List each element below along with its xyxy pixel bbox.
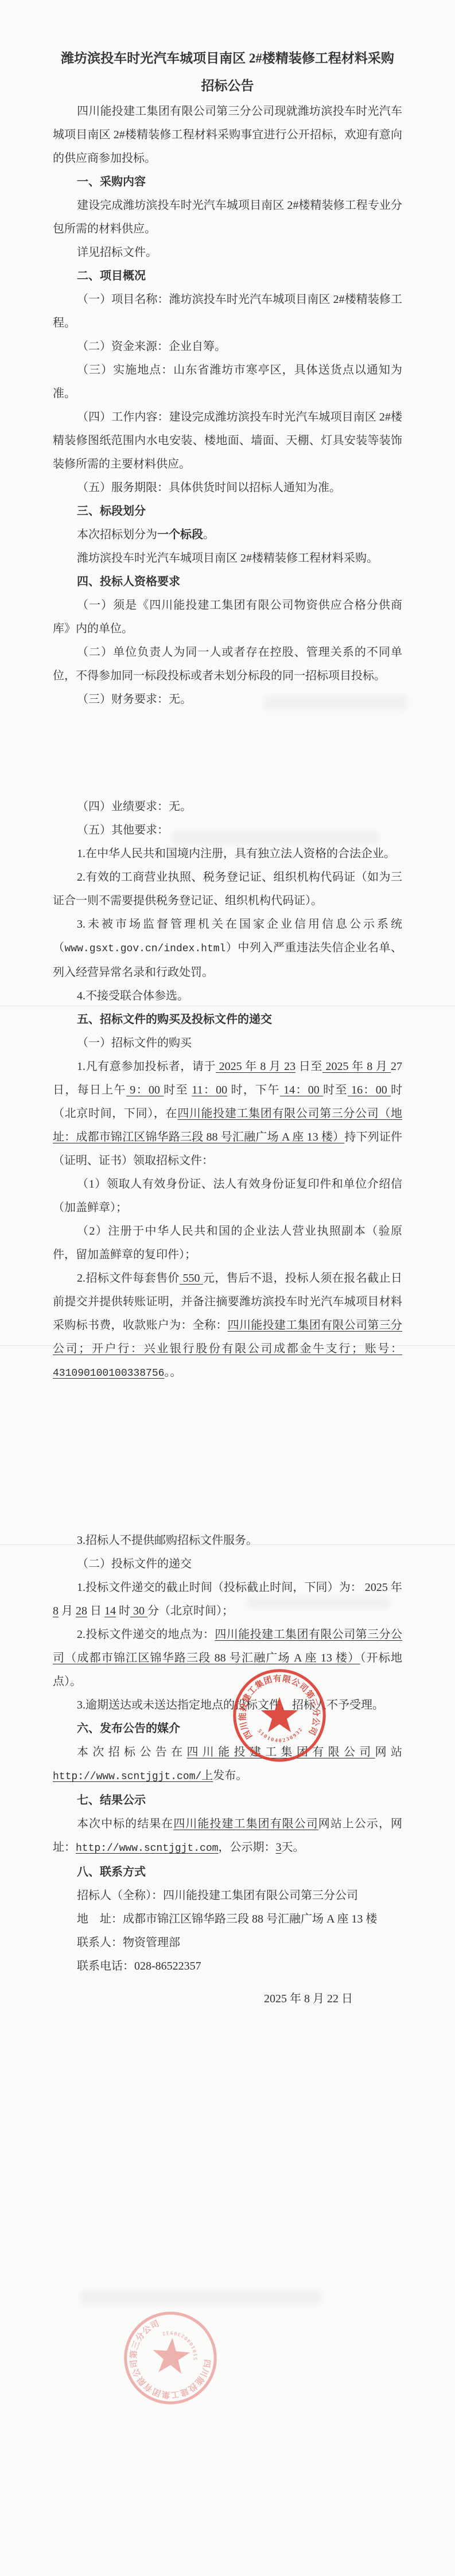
section-5-heading: 五、招标文件的购买及投标文件的递交: [53, 1008, 402, 1032]
underlined-text: http://www.scntjgjt.com: [76, 1843, 218, 1854]
section-7-heading: 七、结果公示: [53, 1789, 402, 1812]
text-run: 天。: [281, 1841, 304, 1854]
text-run: 时至: [323, 1084, 348, 1096]
text-run: （二）资金来源：企业自筹。: [77, 340, 226, 353]
paragraph: （四）业绩要求：无。: [53, 795, 402, 819]
underlined-text: 8: [53, 1605, 59, 1617]
paragraph: （一）项目名称：潍坊滨投车时光汽车城项目南区 2#楼精装修工程。: [53, 288, 402, 335]
paragraph: 本次招标公告在四川能投建工集团有限公司网站 http://www.scntjgj…: [53, 1741, 402, 1789]
section-4-heading: 四、投标人资格要求: [53, 570, 402, 594]
text-run: 。: [203, 528, 215, 541]
paragraph: （五）服务期限：具体供货时间以招标人通知为准。: [53, 476, 402, 500]
paragraph: 1.凡有意参加投标者，请于 2025 年 8 月 23 日至 2025 年 8 …: [53, 1055, 402, 1173]
scan-bleedthrough-smudge: [172, 831, 379, 845]
text-run: 网站: [375, 1746, 402, 1758]
text-run: 六、发布公告的媒介: [77, 1722, 180, 1735]
underlined-text: 3: [275, 1841, 281, 1854]
text-run: 联系电话：028-86522357: [77, 1960, 201, 1972]
contact-phone: 联系电话：028-86522357: [53, 1955, 402, 1978]
page-break-gap: [53, 711, 402, 795]
scan-bleedthrough-smudge: [80, 2290, 321, 2305]
text-run: （五）其他要求：: [77, 824, 169, 836]
underlined-text: 上: [201, 1769, 213, 1782]
page-title-line2: 招标公告: [53, 72, 402, 100]
paragraph: 2.投标文件递交的地点为：四川能投建工集团有限公司第三分公司（成都市锦江区锦华路…: [53, 1623, 402, 1694]
scan-artifact-line: [0, 1544, 455, 1545]
text-run: 一个标段: [157, 528, 203, 541]
text-run: 本次招标划分为: [77, 528, 157, 541]
text-run: 2025 年 8 月 22 日: [264, 1993, 353, 2005]
underlined-text: 9：00: [126, 1084, 164, 1096]
underlined-text: 14：00: [280, 1084, 323, 1096]
text-run: 本次中标的结果在: [77, 1818, 173, 1830]
tenderer-name: 招标人（全称）：四川能投建工集团有限公司第三分公司: [53, 1884, 402, 1908]
text-run: 地 址：成都市锦江区锦华路三段 88 号汇融广场 A 座 13 楼: [77, 1913, 377, 1925]
text-run: 四川能投建工集团有限公司第三分公司现就潍坊滨投车时光汽车城项目南区 2#楼精装修…: [53, 105, 402, 165]
text-run: 潍坊滨投车时光汽车城项目南区 2#楼精装修工程材料采购。: [77, 552, 378, 565]
seal-graphic: 四川能投建工集团有限公司第三分公司 5101040230932: [231, 1667, 328, 1764]
text-run: 招标公告: [201, 79, 254, 93]
text-run: 八、联系方式: [77, 1866, 146, 1878]
paragraph: （2）注册于中华人民共和国的企业法人营业执照副本（验原件，留加盖鲜章的复印件）；: [53, 1220, 402, 1267]
text-run: （一）须是《四川能投建工集团有限公司物资供应合格分供商库》内的单位。: [53, 599, 402, 635]
text-run: 五、招标文件的购买及投标文件的递交: [77, 1013, 272, 1026]
underlined-text: 2025 年 8 月: [322, 1060, 391, 1073]
text-run: 时至: [164, 1084, 192, 1096]
scan-artifact-line: [0, 1345, 455, 1346]
scan-artifact-line: [0, 1006, 455, 1006]
text-run: 发布。: [213, 1769, 247, 1782]
text-run: 本次招标公告在: [77, 1746, 186, 1758]
svg-text:5101040230932: 5101040230932: [256, 1726, 305, 1744]
paragraph: 潍坊滨投车时光汽车城项目南区 2#楼精装修工程材料采购。: [53, 547, 402, 570]
seal-code-number: 5101040230932: [256, 1726, 305, 1744]
scan-bleedthrough-smudge: [247, 1596, 390, 1609]
text-run: 。。: [164, 1366, 181, 1379]
text-run: （三）实施地点：山东省潍坊市寒亭区，具体送货点以通知为准。: [53, 364, 402, 400]
faded-seal-stamp: 四川能投建工集团有限公司第三分公司 5101040230932: [102, 2289, 239, 2427]
paragraph: 2.有效的工商营业执照、税务登记证、组织机构代码证（如为三证合一则不需要提供税务…: [53, 866, 402, 913]
underlined-text: 11：00: [192, 1084, 227, 1096]
underlined-text: 30: [130, 1605, 147, 1617]
paragraph: 4.不接受联合体参选。: [53, 985, 402, 1008]
paragraph: 3.逾期送达或未送达指定地点的投标文件，招标人不予受理。: [53, 1694, 402, 1717]
underlined-text: 16：00: [348, 1084, 391, 1096]
paragraph: 1.在中华人民共和国境内注册，具有独立法人资格的合法企业。: [53, 842, 402, 866]
text-run: 1.在中华人民共和国境内注册，具有独立法人资格的合法企业。: [77, 847, 395, 860]
intro-paragraph: 四川能投建工集团有限公司第三分公司现就潍坊滨投车时光汽车城项目南区 2#楼精装修…: [53, 100, 402, 170]
page-title-line1: 潍坊滨投车时光汽车城项目南区 2#楼精装修工程材料采购: [53, 45, 402, 72]
underlined-text: 431090100100338756: [53, 1368, 164, 1379]
paragraph: 2.招标文件每套售价 550 元，售后不退，投标人须在报名截止日前提交并提供转账…: [53, 1267, 402, 1386]
text-run: 2.有效的工商营业执照、税务登记证、组织机构代码证（如为三证合一则不需要提供税务…: [53, 871, 402, 907]
text-run: 详见招标文件。: [77, 246, 157, 259]
text-run: 四、投标人资格要求: [77, 575, 180, 588]
paragraph: 3.未被市场监督管理机关在国家企业信用信息公示系统（www.gsxt.gov.c…: [53, 913, 402, 985]
text-run: 二、项目概况: [77, 270, 146, 282]
text-run: （三）财务要求：无。: [77, 693, 192, 706]
text-run: 日至: [295, 1060, 322, 1073]
underlined-text: 四川能投建工集团有限公司: [173, 1818, 318, 1830]
paragraph: （二）投标文件的递交: [53, 1552, 402, 1576]
text-run: 建设完成潍坊滨投车时光汽车城项目南区 2#楼精装修工程专业分包所需的材料供应。: [53, 199, 402, 235]
page-break-gap: [53, 1386, 402, 1529]
tenderer-address: 地 址：成都市锦江区锦华路三段 88 号汇融广场 A 座 13 楼: [53, 1908, 402, 1931]
scanned-document-page: 潍坊滨投车时光汽车城项目南区 2#楼精装修工程材料采购招标公告四川能投建工集团有…: [0, 0, 455, 2576]
text-run: （2）注册于中华人民共和国的企业法人营业执照副本（验原件，留加盖鲜章的复印件）；: [53, 1225, 402, 1261]
text-run: 潍坊滨投车时光汽车城项目南区 2#楼精装修工程材料采购: [61, 51, 394, 65]
section-2-heading: 二、项目概况: [53, 264, 402, 288]
text-run: 2.招标文件每套售价: [77, 1272, 180, 1285]
text-run: www.gsxt.gov.cn/index.html: [65, 943, 226, 955]
paragraph: （一）须是《四川能投建工集团有限公司物资供应合格分供商库》内的单位。: [53, 594, 402, 641]
paragraph: （1）领取人有效身份证、法人有效身份证复印件和单位介绍信（加盖鲜章）；: [53, 1173, 402, 1220]
text-run: 一、采购内容: [77, 176, 146, 188]
section-8-heading: 八、联系方式: [53, 1861, 402, 1884]
underlined-text: 28: [76, 1605, 87, 1617]
text-run: （一）项目名称：潍坊滨投车时光汽车城项目南区 2#楼精装修工程。: [53, 293, 402, 329]
paragraph: （三）实施地点：山东省潍坊市寒亭区，具体送货点以通知为准。: [53, 359, 402, 406]
underlined-text: 23: [284, 1060, 295, 1073]
text-run: （1）领取人有效身份证、法人有效身份证复印件和单位介绍信（加盖鲜章）；: [53, 1178, 402, 1214]
text-run: 招标人（全称）：四川能投建工集团有限公司第三分公司: [77, 1889, 358, 1902]
text-run: 时，下午: [227, 1084, 280, 1096]
underlined-text: 14: [104, 1605, 116, 1617]
text-run: （一）招标文件的购买: [77, 1037, 192, 1049]
section-3-heading: 三、标段划分: [53, 500, 402, 523]
announcement-date: 2025 年 8 月 22 日: [53, 1987, 402, 2011]
text-run: 1.凡有意参加投标者，请于: [77, 1060, 216, 1073]
company-seal-stamp: 四川能投建工集团有限公司第三分公司 5101040230932: [231, 1667, 328, 1764]
text-run: 联系人：物资管理部: [77, 1936, 180, 1949]
text-run: 月: [59, 1605, 76, 1617]
paragraph: （一）招标文件的购买: [53, 1032, 402, 1055]
text-run: 三、标段划分: [77, 505, 146, 517]
text-run: 分（北京时间）；: [147, 1605, 234, 1617]
text-run: 2.投标文件递交的地点为：: [77, 1628, 215, 1641]
text-run: （二）投标文件的递交: [77, 1558, 192, 1570]
paragraph: 本次中标的结果在四川能投建工集团有限公司网站上公示，网址：http://www.…: [53, 1812, 402, 1861]
scan-bleedthrough-smudge: [264, 695, 407, 710]
underlined-text: 550: [180, 1272, 203, 1285]
underlined-text: http://www.scntjgjt.com/: [53, 1771, 201, 1783]
paragraph: （四）工作内容：建设完成潍坊滨投车时光汽车城项目南区 2#楼精装修图纸范围内水电…: [53, 406, 402, 476]
contact-person: 联系人：物资管理部: [53, 1931, 402, 1955]
seal-graphic: 四川能投建工集团有限公司第三分公司 5101040230932: [102, 2289, 239, 2427]
paragraph: 详见招标文件。: [53, 241, 402, 264]
paragraph: 本次招标划分为一个标段。: [53, 523, 402, 547]
text-run: （二）单位负责人为同一人或者存在控股、管理关系的不同单位，不得参加同一标段投标或…: [53, 646, 402, 682]
text-run: 七、结果公示: [77, 1794, 146, 1807]
paragraph: （二）单位负责人为同一人或者存在控股、管理关系的不同单位，不得参加同一标段投标或…: [53, 641, 402, 688]
paragraph: 建设完成潍坊滨投车时光汽车城项目南区 2#楼精装修工程专业分包所需的材料供应。: [53, 194, 402, 241]
text-run: （四）工作内容：建设完成潍坊滨投车时光汽车城项目南区 2#楼精装修图纸范围内水电…: [53, 411, 402, 470]
seal-star-icon: [261, 1697, 298, 1733]
section-1-heading: 一、采购内容: [53, 170, 402, 194]
text-run: （四）业绩要求：无。: [77, 800, 192, 813]
text-run: 4.不接受联合体参选。: [77, 990, 189, 1002]
text-run: 时: [116, 1605, 130, 1617]
text-run: 日: [87, 1605, 104, 1617]
text-run: 1.投标文件递交的截止时间（投标截止时间，下同）为： 2025 年: [77, 1581, 402, 1594]
underlined-text: 2025 年 8 月: [216, 1060, 284, 1073]
text-run: （五）服务期限：具体供货时间以招标人通知为准。: [77, 481, 341, 494]
text-run: ，公示期：: [218, 1841, 275, 1854]
paragraph: （二）资金来源：企业自筹。: [53, 335, 402, 359]
paragraph: 3.招标人不提供邮购招标文件服务。: [53, 1529, 402, 1552]
section-6-heading: 六、发布公告的媒介: [53, 1717, 402, 1741]
